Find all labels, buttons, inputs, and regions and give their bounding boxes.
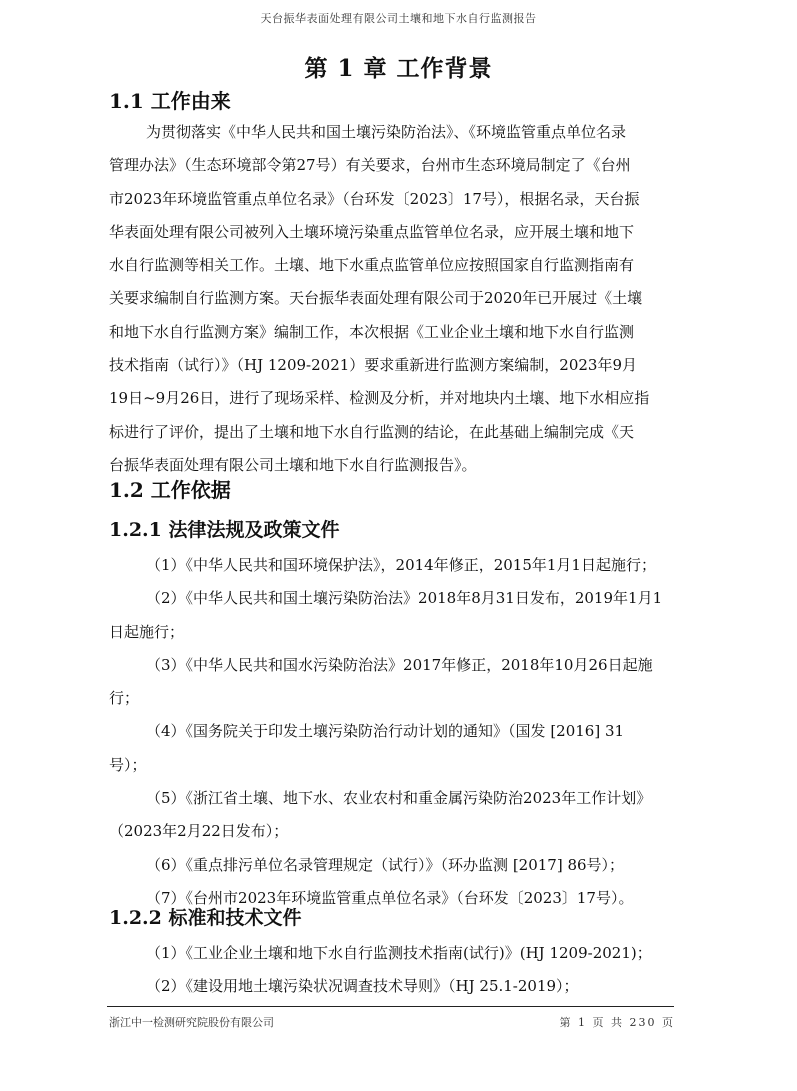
- paragraph-line: 技术指南（试行）》（HJ 1209-2021）要求重新进行监测方案编制，2023…: [109, 349, 674, 382]
- paragraph-line: 华表面处理有限公司被列入土壤环境污染重点监管单位名录，应开展土壤和地下: [109, 216, 674, 249]
- list-item-continuation: 行；: [109, 682, 674, 715]
- list-item: （2）《建设用地土壤污染状况调查技术导则》（HJ 25.1-2019）；: [109, 970, 674, 1003]
- list-item-continuation: 日起施行；: [109, 616, 674, 649]
- running-header: 天台振华表面处理有限公司土壤和地下水自行监测报告: [0, 10, 797, 26]
- laws-list: （1）《中华人民共和国环境保护法》，2014年修正，2015年1月1日起施行； …: [109, 549, 674, 915]
- subsection-heading-1-2-2: 1.2.2 标准和技术文件: [109, 903, 302, 930]
- list-item: （5）《浙江省土壤、地下水、农业农村和重金属污染防治2023年工作计划》: [109, 782, 674, 815]
- paragraph-line: 管理办法》（生态环境部令第27号）有关要求，台州市生态环境局制定了《台州: [109, 149, 674, 182]
- paragraph-line: 市2023年环境监管重点单位名录》（台环发〔2023〕17号），根据名录，天台振: [109, 183, 674, 216]
- list-item: （1）《工业企业土壤和地下水自行监测技术指南(试行)》(HJ 1209-2021…: [109, 937, 674, 970]
- paragraph-line: 标进行了评价，提出了土壤和地下水自行监测的结论，在此基础上编制完成《天: [109, 416, 674, 449]
- list-item-continuation: 号）；: [109, 749, 674, 782]
- section-heading-1-1: 1.1 工作由来: [109, 85, 231, 114]
- section-heading-1-2: 1.2 工作依据: [109, 474, 231, 503]
- paragraph-line: 和地下水自行监测方案》编制工作，本次根据《工业企业土壤和地下水自行监测: [109, 316, 674, 349]
- section-1-1-paragraph: 为贯彻落实《中华人民共和国土壤污染防治法》、《环境监管重点单位名录 管理办法》（…: [109, 116, 674, 482]
- list-item: （4）《国务院关于印发土壤污染防治行动计划的通知》（国发 [2016] 31: [109, 715, 674, 748]
- paragraph-line: 水自行监测等相关工作。土壤、地下水重点监管单位应按照国家自行监测指南有: [109, 249, 674, 282]
- paragraph-line: 关要求编制自行监测方案。天台振华表面处理有限公司于2020年已开展过《土壤: [109, 282, 674, 315]
- paragraph-line: 为贯彻落实《中华人民共和国土壤污染防治法》、《环境监管重点单位名录: [109, 116, 674, 149]
- footer-organization: 浙江中一检测研究院股份有限公司: [109, 1014, 274, 1030]
- paragraph-line: 19日~9月26日，进行了现场采样、检测及分析，并对地块内土壤、地下水相应指: [109, 382, 674, 415]
- list-item: （6）《重点排污单位名录管理规定（试行）》（环办监测 [2017] 86号）；: [109, 849, 674, 882]
- subsection-heading-1-2-1: 1.2.1 法律法规及政策文件: [109, 515, 340, 542]
- list-item: （3）《中华人民共和国水污染防治法》2017年修正，2018年10月26日起施: [109, 649, 674, 682]
- standards-list: （1）《工业企业土壤和地下水自行监测技术指南(试行)》(HJ 1209-2021…: [109, 937, 674, 1004]
- list-item: （2）《中华人民共和国土壤污染防治法》2018年8月31日发布，2019年1月1: [109, 582, 674, 615]
- list-item: （1）《中华人民共和国环境保护法》，2014年修正，2015年1月1日起施行；: [109, 549, 674, 582]
- chapter-title: 第 1 章 工作背景: [0, 50, 797, 83]
- page-number: 第 1 页 共 230 页: [560, 1014, 675, 1030]
- footer-rule: [107, 1006, 674, 1007]
- list-item-continuation: （2023年2月22日发布）；: [109, 815, 674, 848]
